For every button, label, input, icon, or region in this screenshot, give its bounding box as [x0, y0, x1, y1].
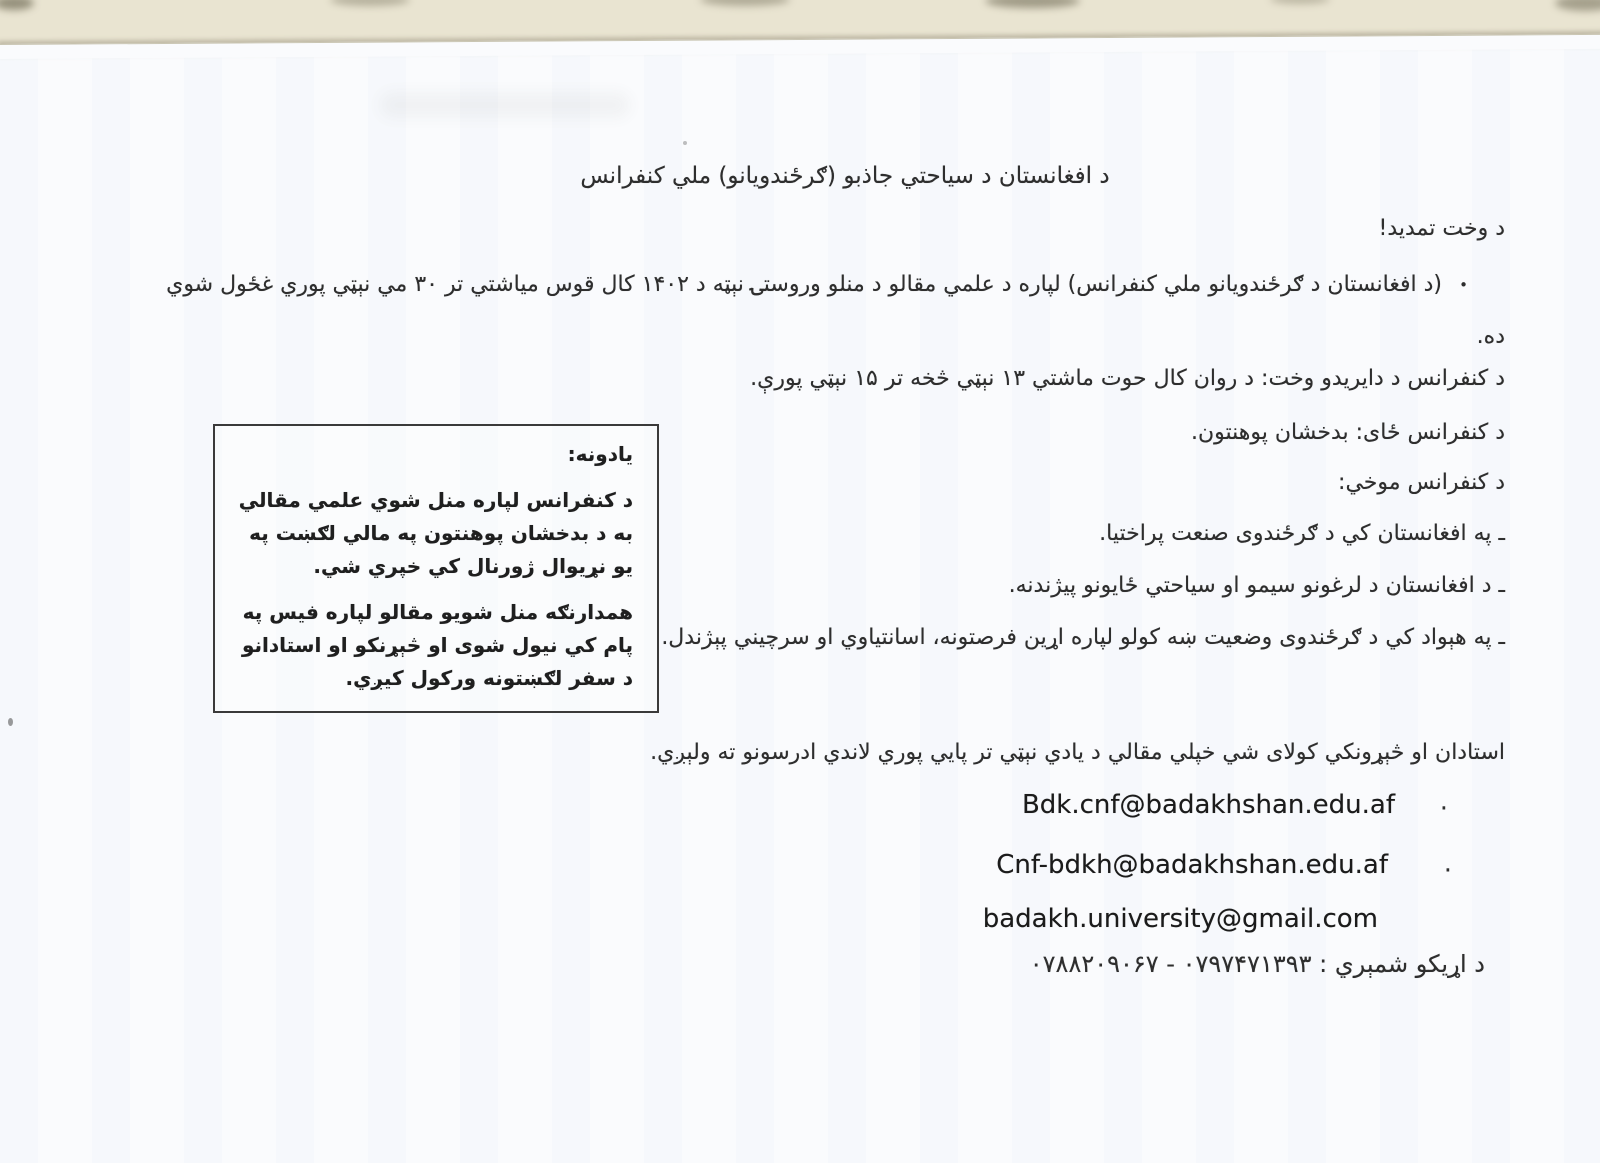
- objective-item: ـ په هېواد کي د ګرځندوی وضعیت ښه کولو لپ…: [661, 625, 1505, 650]
- page-title: د افغانستان د سیاحتي جاذبو (ګرځندویانو) …: [90, 163, 1600, 189]
- note-paragraph-fees: همدارنګه منل شویو مقالو لپاره فیس په پام…: [233, 596, 633, 695]
- document-content: د افغانستان د سیاحتي جاذبو (ګرځندویانو) …: [0, 0, 1600, 1163]
- deadline-extension-item-continuation: ده.: [1477, 324, 1505, 349]
- note-paragraph-publication: د کنفرانس لپاره منل شوي علمي مقالي به د …: [233, 484, 633, 583]
- conference-venue-line: د کنفرانس ځای: بدخشان پوهنتون.: [1191, 420, 1505, 445]
- objective-item: ـ د افغانستان د لرغونو سیمو او سیاحتي ځا…: [1009, 573, 1505, 598]
- deadline-extension-item: (د افغانستان د ګرځندویانو ملي کنفرانس) ل…: [166, 272, 1442, 297]
- email-address-1: Bdk.cnf@badakhshan.edu.af: [1022, 790, 1395, 820]
- submission-instructions-line: استادان او څېړونکي کولای شي خپلي مقالي د…: [650, 740, 1505, 765]
- email-bullet-icon: ·: [1444, 856, 1452, 886]
- contact-numbers-line: د اړیکو شمېري : ۰۷۹۷۴۷۱۳۹۳ - ۰۷۸۸۲۰۹۰۶۷: [1030, 950, 1485, 978]
- email-address-2: Cnf-bdkh@badakhshan.edu.af: [996, 850, 1388, 880]
- email-address-3: badakh.university@gmail.com: [983, 904, 1378, 934]
- deadline-extension-heading: د وخت تمدید!: [1379, 216, 1506, 241]
- conference-time-line: د کنفرانس د دایریدو وخت: د روان کال حوت …: [750, 366, 1505, 391]
- note-heading: یادونه:: [233, 438, 633, 471]
- email-bullet-icon: ·: [1440, 794, 1448, 824]
- bullet-icon: •: [1459, 276, 1468, 294]
- objective-item: ـ په افغانستان کي د ګرځندوی صنعت پراختیا…: [1099, 521, 1505, 546]
- note-box: یادونه: د کنفرانس لپاره منل شوي علمي مقا…: [213, 424, 659, 713]
- objectives-heading: د کنفرانس موخي:: [1338, 470, 1505, 495]
